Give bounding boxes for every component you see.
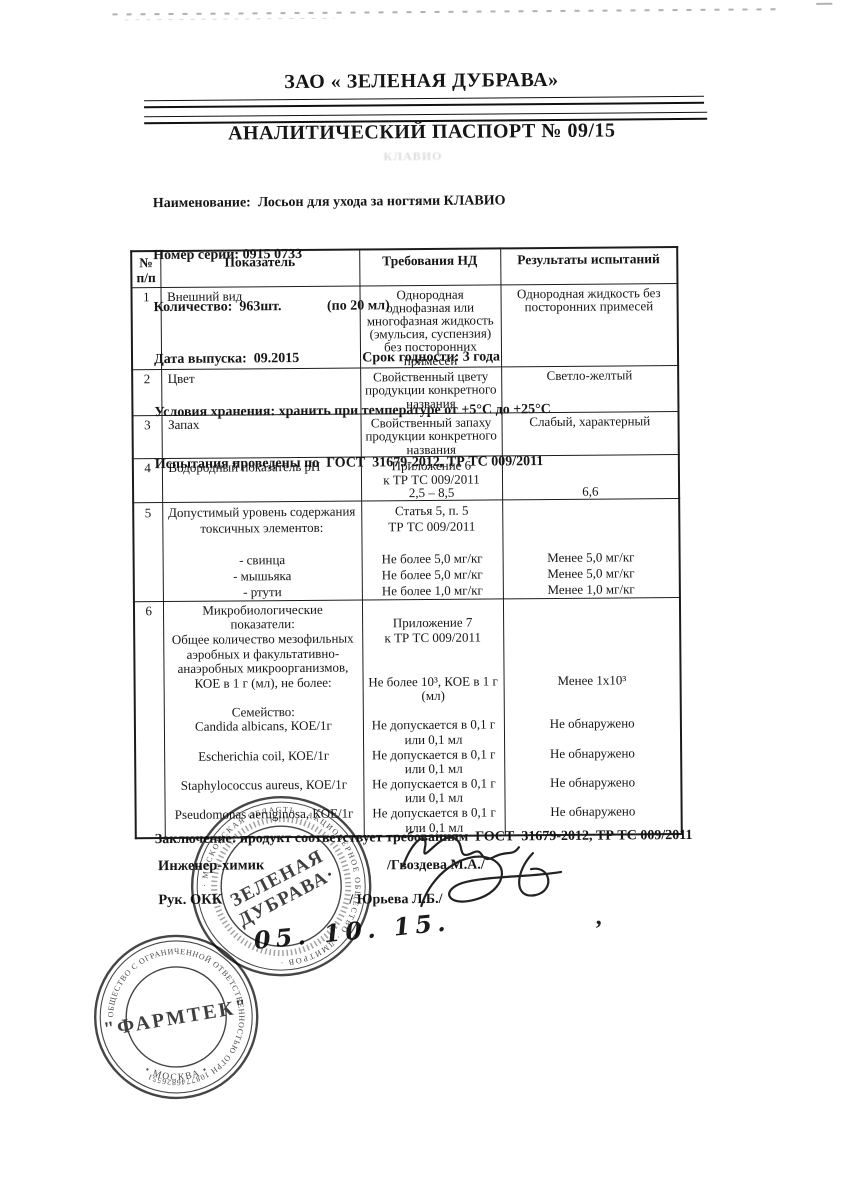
pen-tick-artifact: ’ xyxy=(594,917,602,944)
cell-indicator: Водородный показатель pH xyxy=(162,457,361,502)
cell-indicator: Запах xyxy=(161,414,360,459)
cell-requirement: Статья 5, п. 5 ТР ТС 009/2011 Не более 5… xyxy=(361,500,503,600)
farmtek-stamp: ОБЩЕСТВО С ОГРАНИЧЕННОЙ ОТВЕТСТВЕННОСТЬЮ… xyxy=(89,929,265,1105)
table-row: 5 Допустимый уровень содержания токсичны… xyxy=(133,498,680,601)
cell-requirement: Однородная однофазная или многофазная жи… xyxy=(359,284,501,367)
company-name: ЗАО « ЗЕЛЕНАЯ ДУБРАВА» xyxy=(0,67,846,97)
analysis-table: № п/п Показатель Требования НД Результат… xyxy=(130,246,683,840)
cell-num: 6 xyxy=(134,601,165,838)
cell-requirement: Свойственный цвету продукции конкретного… xyxy=(360,367,501,414)
header-rule xyxy=(144,96,704,108)
header-requirement: Требования НД xyxy=(359,248,500,285)
table-header-row: № п/п Показатель Требования НД Результат… xyxy=(131,247,677,287)
cell-num: 4 xyxy=(133,459,162,503)
scan-artifact-corner-mark xyxy=(816,3,832,5)
cell-indicator: Цвет xyxy=(161,368,360,416)
header-num: № п/п xyxy=(131,251,160,287)
cell-num: 5 xyxy=(133,502,163,601)
table-row: 2 Цвет Свойственный цвету продукции конк… xyxy=(132,365,678,415)
cell-result: Светло-желтый xyxy=(501,365,678,412)
table-row: 4 Водородный показатель pH Приложение 6 … xyxy=(133,455,679,503)
header-indicator: Показатель xyxy=(160,250,359,288)
cell-requirement: Свойственный запаху продукции конкретног… xyxy=(360,413,501,458)
cell-result: Менее 5,0 мг/кг Менее 5,0 мг/кг Менее 1,… xyxy=(502,498,680,598)
cell-result: 6,6 xyxy=(502,455,679,500)
scanned-document-page: ЗАО « ЗЕЛЕНАЯ ДУБРАВА» АНАЛИТИЧЕСКИЙ ПАС… xyxy=(0,0,849,1200)
cell-requirement: Приложение 6 к ТР ТС 009/2011 2,5 – 8,5 xyxy=(361,456,502,501)
cell-num: 2 xyxy=(132,369,161,415)
cell-result: Слабый, характерный xyxy=(501,411,678,456)
scan-layer: ЗАО « ЗЕЛЕНАЯ ДУБРАВА» АНАЛИТИЧЕСКИЙ ПАС… xyxy=(0,0,849,1200)
scan-artifact-dashed-line xyxy=(124,18,334,21)
header-result: Результаты испытаний xyxy=(500,247,677,284)
table-row: 1 Внешний вид Однородная однофазная или … xyxy=(131,283,678,370)
cell-num: 1 xyxy=(131,287,161,369)
cell-requirement: Приложение 7 к ТР ТС 009/2011 Не более 1… xyxy=(362,599,505,837)
stamp-center-text: "ФАРМТЕК" xyxy=(102,995,251,1041)
cell-indicator: Допустимый уровень содержания токсичных … xyxy=(162,501,362,602)
document-title: АНАЛИТИЧЕСКИЙ ПАСПОРТ № 09/15 xyxy=(0,118,846,148)
cell-indicator: Внешний вид xyxy=(160,286,360,370)
table-row: 3 Запах Свойственный запаху продукции ко… xyxy=(132,411,678,459)
qc-signature xyxy=(409,845,580,918)
info-line-name: Наименование: Лосьон для ухода за ногтям… xyxy=(153,192,550,213)
cell-num: 3 xyxy=(132,415,161,459)
scan-artifact-dashed-line xyxy=(112,8,784,15)
cell-result: Однородная жидкость без посторонних прим… xyxy=(500,283,678,367)
cell-result: Менее 1x10³ Не обнаружено Не обнаружено … xyxy=(503,597,682,835)
